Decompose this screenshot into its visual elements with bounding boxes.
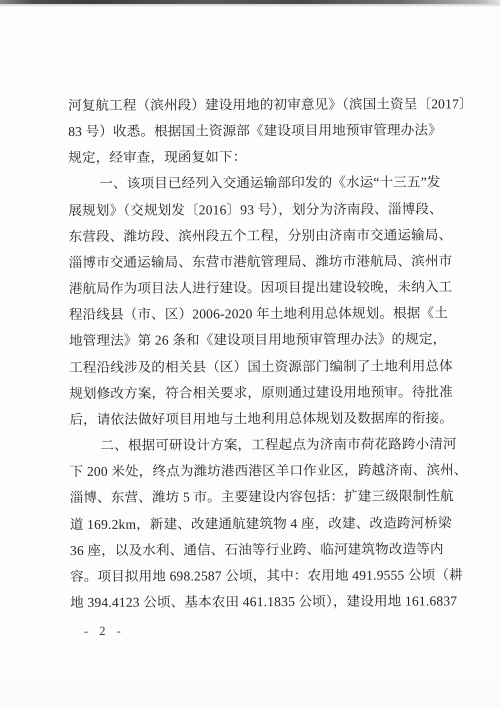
text-line: 展规划》（交规划发〔2016〕93 号），划分为济南段、淄博段、 bbox=[68, 196, 440, 224]
text-line: 容。项目拟用地 698.2587 公顷，其中：农用地 491.9555 公顷（耕 bbox=[70, 562, 442, 590]
document-lines: 河复航工程（滨州段）建设用地的初审意见》（滨国土资呈〔2017〕83 号）收悉。… bbox=[68, 91, 442, 616]
text-line: 程沿线县（市、区）2006-2020 年土地利用总体规划。根据《土 bbox=[69, 301, 441, 329]
text-line: 下 200 米处，终点为潍坊港西港区羊口作业区，跨越济南、滨州、 bbox=[70, 458, 442, 486]
scan-edge-shadow bbox=[0, 4, 500, 7]
text-line: 淄博、东营、潍坊 5 市。主要建设内容包括：扩建三级限制性航 bbox=[70, 484, 442, 512]
text-line: 规定，经审查，现函复如下： bbox=[68, 144, 440, 172]
text-line: 淄博市交通运输局、东营市港航管理局、潍坊市港航局、滨州市 bbox=[69, 248, 441, 276]
text-line: 一、该项目已经列入交通运输部印发的《水运“十三五”发 bbox=[68, 170, 440, 198]
text-line: 地管理法》第 26 条和《建设项目用地预审管理办法》的规定， bbox=[69, 327, 441, 355]
text-line: 二、根据可研设计方案，工程起点为济南市荷花路跨小清河 bbox=[69, 431, 441, 459]
document-body: 河复航工程（滨州段）建设用地的初审意见》（滨国土资呈〔2017〕83 号）收悉。… bbox=[68, 91, 442, 616]
text-line: 83 号）收悉。根据国土资源部《建设项目用地预审管理办法》 bbox=[68, 118, 440, 146]
text-line: 后，请依法做好项目用地与土地利用总体规划及数据库的衔接。 bbox=[69, 405, 441, 433]
text-line: 东营段、潍坊段、滨州段五个工程，分别由济南市交通运输局、 bbox=[69, 222, 441, 250]
scanned-document-page: 河复航工程（滨州段）建设用地的初审意见》（滨国土资呈〔2017〕83 号）收悉。… bbox=[0, 0, 500, 707]
text-line: 河复航工程（滨州段）建设用地的初审意见》（滨国土资呈〔2017〕 bbox=[68, 91, 440, 119]
page-number: - 2 - bbox=[84, 624, 125, 639]
text-line: 道 169.2km，新建、改建通航建筑物 4 座，改建、改造跨河桥梁 bbox=[70, 510, 442, 538]
text-line: 规划修改方案，符合相关要求，原则通过建设用地预审。待批准 bbox=[69, 379, 441, 407]
text-line: 地 394.4123 公顷、基本农田 461.1835 公顷），建设用地 161… bbox=[70, 588, 442, 616]
text-line: 工程沿线涉及的相关县（区）国土资源部门编制了土地利用总体 bbox=[69, 353, 441, 381]
text-line: 36 座，以及水利、通信、石油等行业跨、临河建筑物改造等内 bbox=[70, 536, 442, 564]
text-line: 港航局作为项目法人进行建设。因项目提出建设较晚，未纳入工 bbox=[69, 274, 441, 302]
